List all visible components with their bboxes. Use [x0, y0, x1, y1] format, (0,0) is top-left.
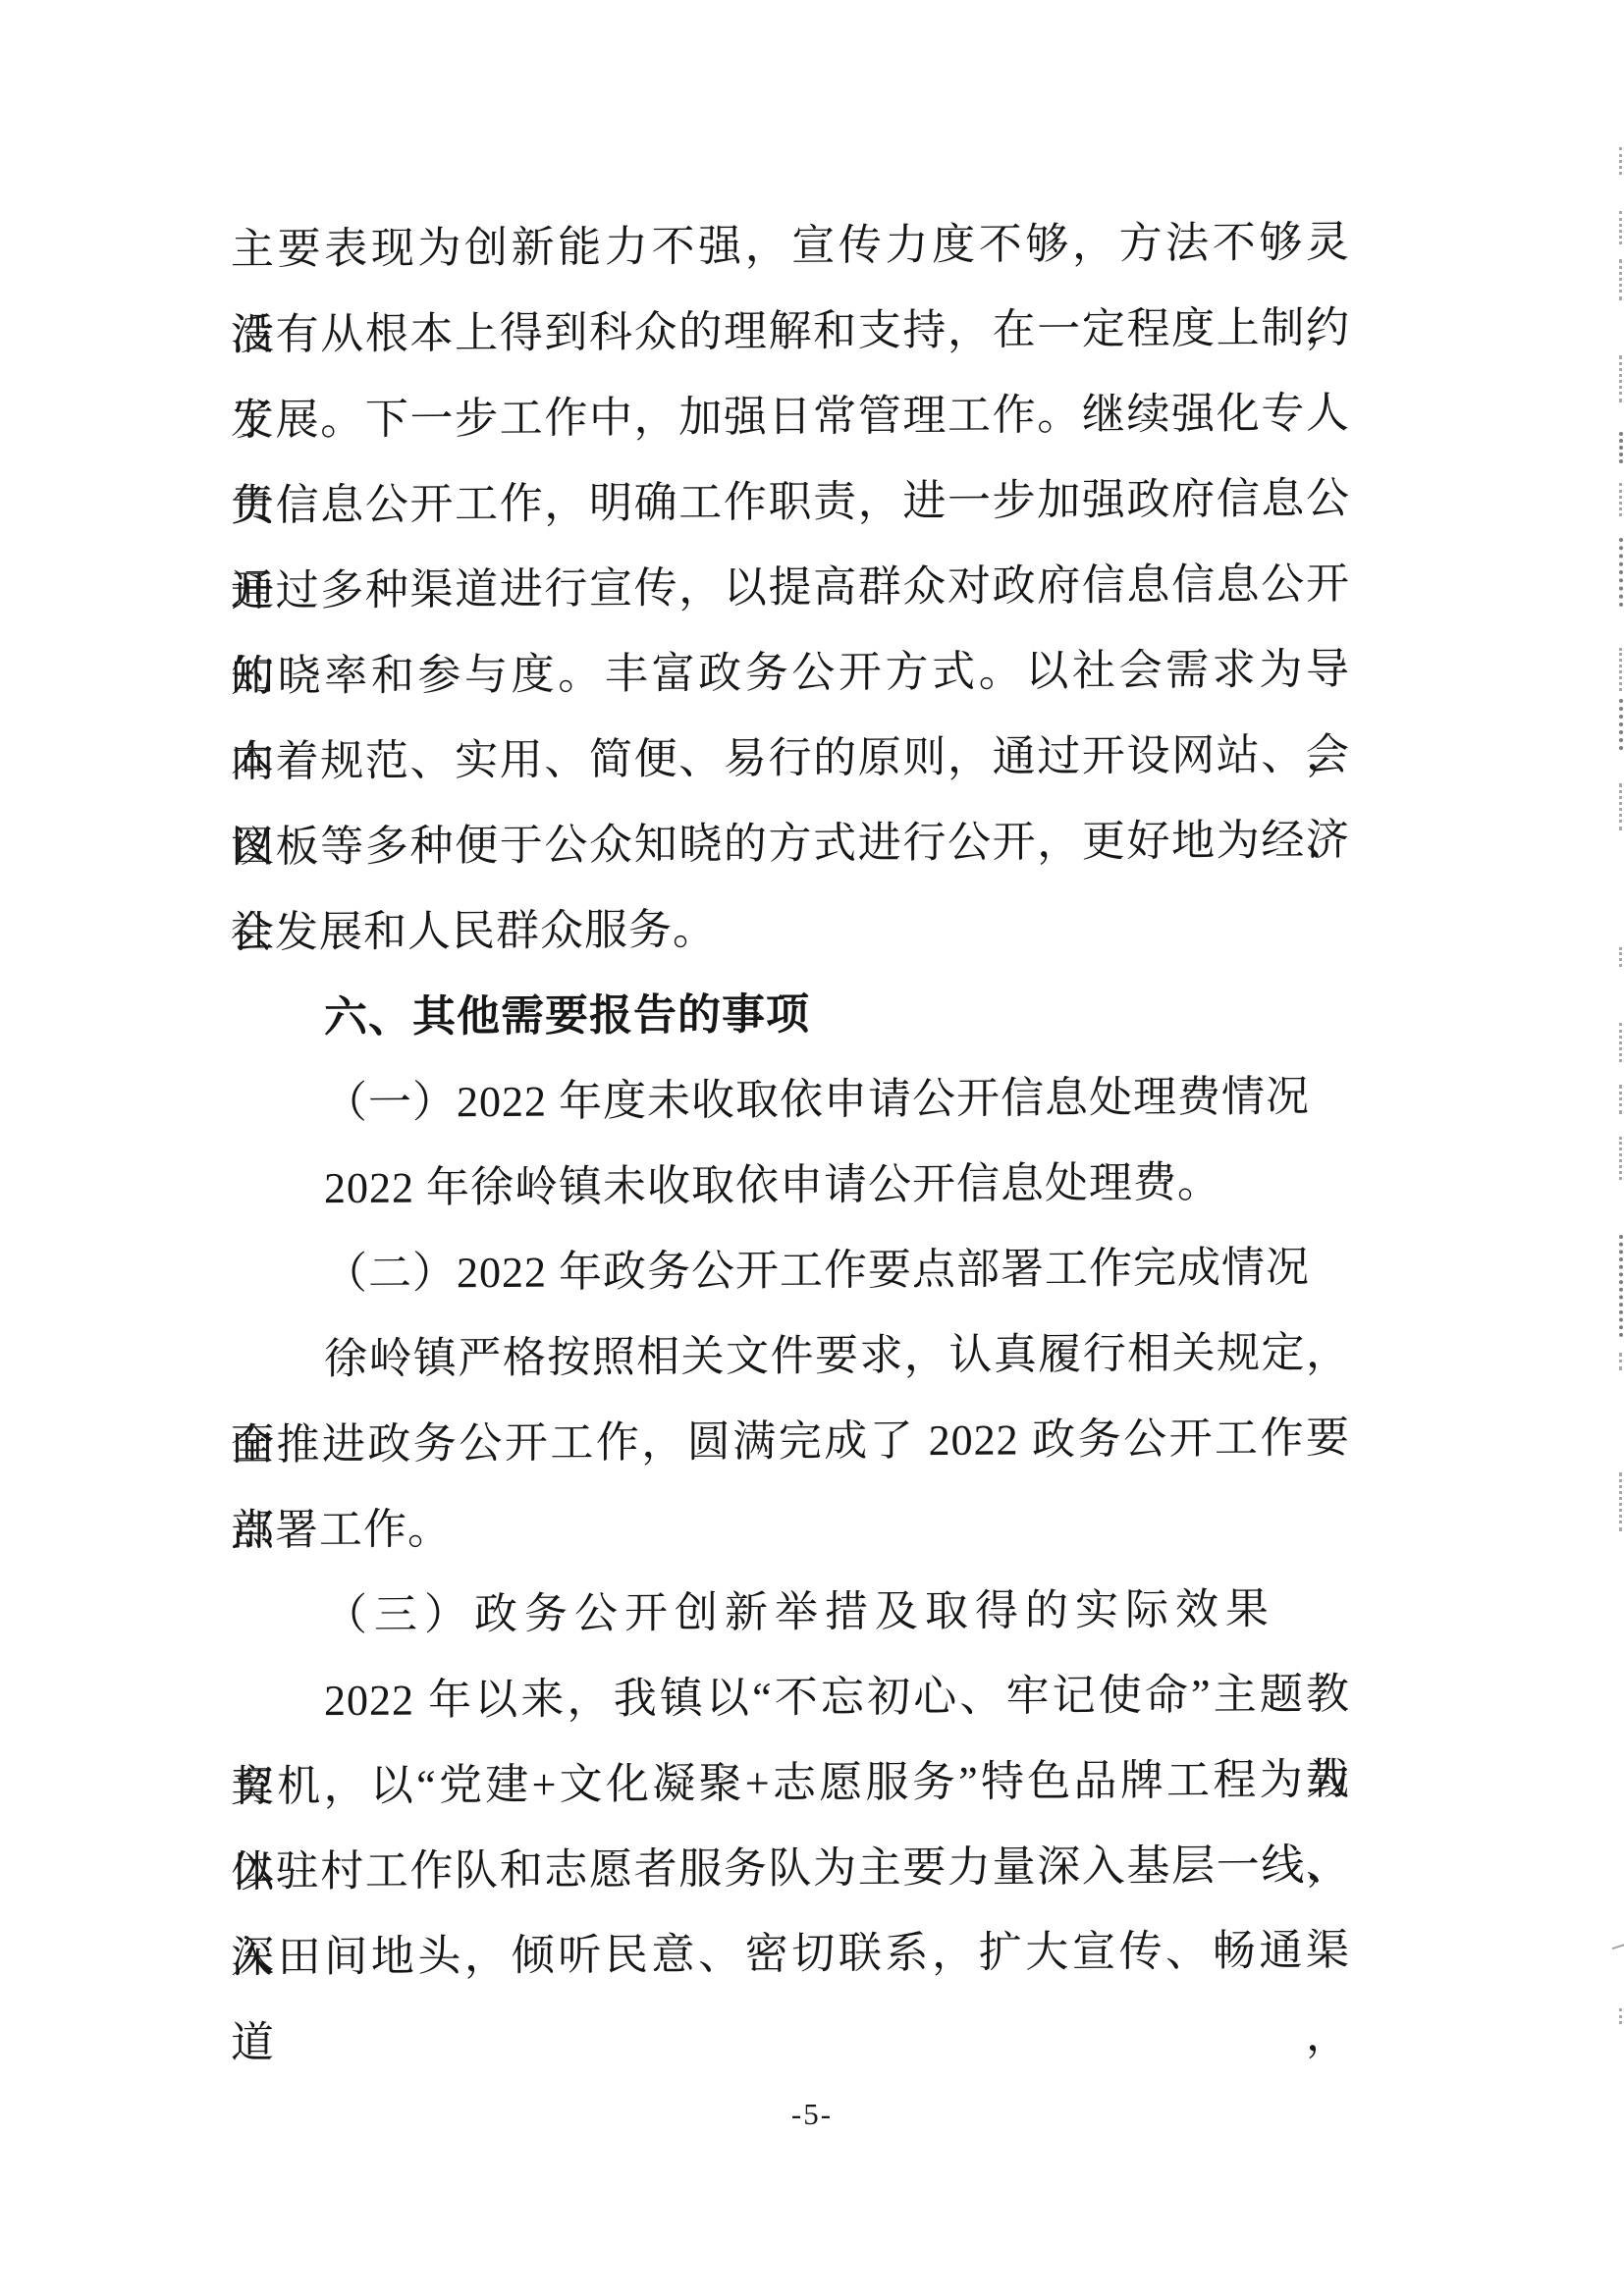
text-line: 入田间地头，倾听民意、密切联系，扩大宣传、畅通渠道， [231, 1907, 1350, 2001]
text-line: 会发展和人民群众服务。 [231, 882, 1350, 976]
scan-artifact [1614, 1353, 1622, 1370]
document-text-block: 主要表现为创新能力不强，宣传力度不够，方法不够灵活， 没有从根本上得到科众的理解… [231, 199, 1350, 2001]
scan-artifact [1609, 1934, 1624, 1949]
scan-artifact [1614, 648, 1622, 691]
scan-artifact [1614, 211, 1622, 244]
subsection-line: （一）2022 年度未收取依申请公开信息处理费情况 [231, 1053, 1350, 1147]
scan-artifact [1614, 147, 1622, 175]
text-line: 2022 年以来，我镇以“不忘初心、牢记使命”主题教育为 [231, 1651, 1350, 1744]
subsection-line: （三）政务公开创新举措及取得的实际效果 [231, 1566, 1350, 1659]
scan-artifact [1614, 259, 1622, 300]
scan-artifact [1614, 432, 1623, 463]
text-line: 面推进政务公开工作，圆满完成了 2022 政务公开工作要点 [231, 1395, 1350, 1488]
text-line: 以驻村工作队和志愿者服务队为主要力量深入基层一线、深 [231, 1822, 1350, 1915]
text-line: 通过多种渠道进行宣传，以提高群众对政府信息信息公开的 [231, 541, 1350, 634]
text-line: 契机，以“党建+文化凝聚+志愿服务”特色品牌工程为载体， [231, 1736, 1350, 1830]
text-line: 知晓率和参与度。丰富政务公开方式。以社会需求为导向， [231, 626, 1350, 720]
scan-artifact [1614, 1137, 1622, 1180]
scan-artifact [1614, 2008, 1622, 2024]
text-line: 本着规范、实用、简便、易行的原则，通过开设网站、会议、 [231, 712, 1350, 805]
section-heading: 六、其他需要报告的事项 [231, 968, 1350, 1061]
text-line: 部署工作。 [231, 1480, 1350, 1574]
subsection-line: （二）2022 年政务公开工作要点部署工作完成情况 [231, 1224, 1350, 1317]
text-line: 没有从根本上得到科众的理解和支持，在一定程度上制约了 [231, 285, 1350, 378]
scan-artifact [1614, 1085, 1622, 1114]
scan-artifact [1614, 483, 1622, 516]
text-line: 徐岭镇严格按照相关文件要求，认真履行相关规定，全 [231, 1309, 1350, 1403]
scan-artifact [1614, 538, 1623, 607]
text-line: 图板等多种便于公众知晓的方式进行公开，更好地为经济社 [231, 797, 1350, 890]
scan-artifact [1614, 947, 1622, 967]
scan-artifact [1614, 355, 1622, 402]
scan-artifact [1614, 783, 1622, 830]
text-line: 发展。下一步工作中，加强日常管理工作。继续强化专人负 [231, 370, 1350, 463]
scanned-document-page: 主要表现为创新能力不强，宣传力度不够，方法不够灵活， 没有从根本上得到科众的理解… [0, 0, 1624, 2296]
scan-artifact [1614, 1023, 1622, 1062]
scan-artifact [1614, 1472, 1622, 1531]
scan-artifact [1614, 1235, 1623, 1337]
text-line: 主要表现为创新能力不强，宣传力度不够，方法不够灵活， [231, 199, 1350, 293]
page-number: -5- [0, 2097, 1624, 2132]
text-line: 责信息公开工作，明确工作职责，进一步加强政府信息公开 [231, 455, 1350, 549]
scan-artifact [1614, 699, 1623, 750]
text-line: 2022 年徐岭镇未收取依申请公开信息处理费。 [231, 1139, 1350, 1232]
